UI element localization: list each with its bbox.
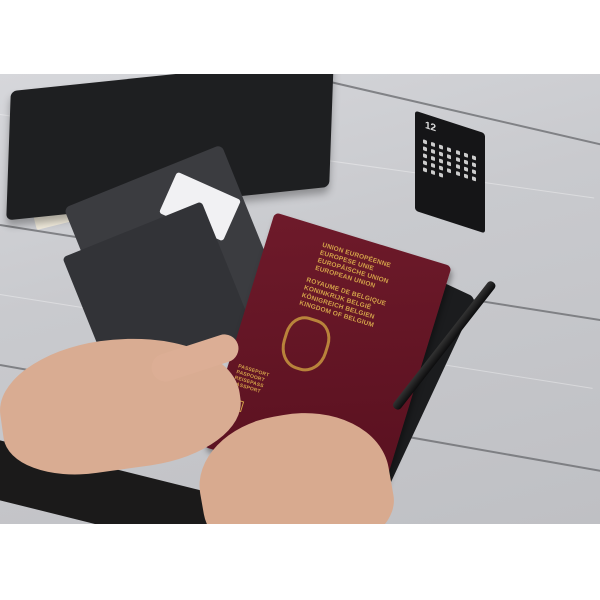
calendar-month: 12 [425,120,436,135]
coat-of-arms-icon [276,312,336,377]
product-photo: 12 UNION EUROPÉENNE EUROPESE UNIE EUROPÄ… [0,74,600,524]
desk-calendar: 12 [415,111,485,234]
calendar-day-grid [423,139,477,189]
